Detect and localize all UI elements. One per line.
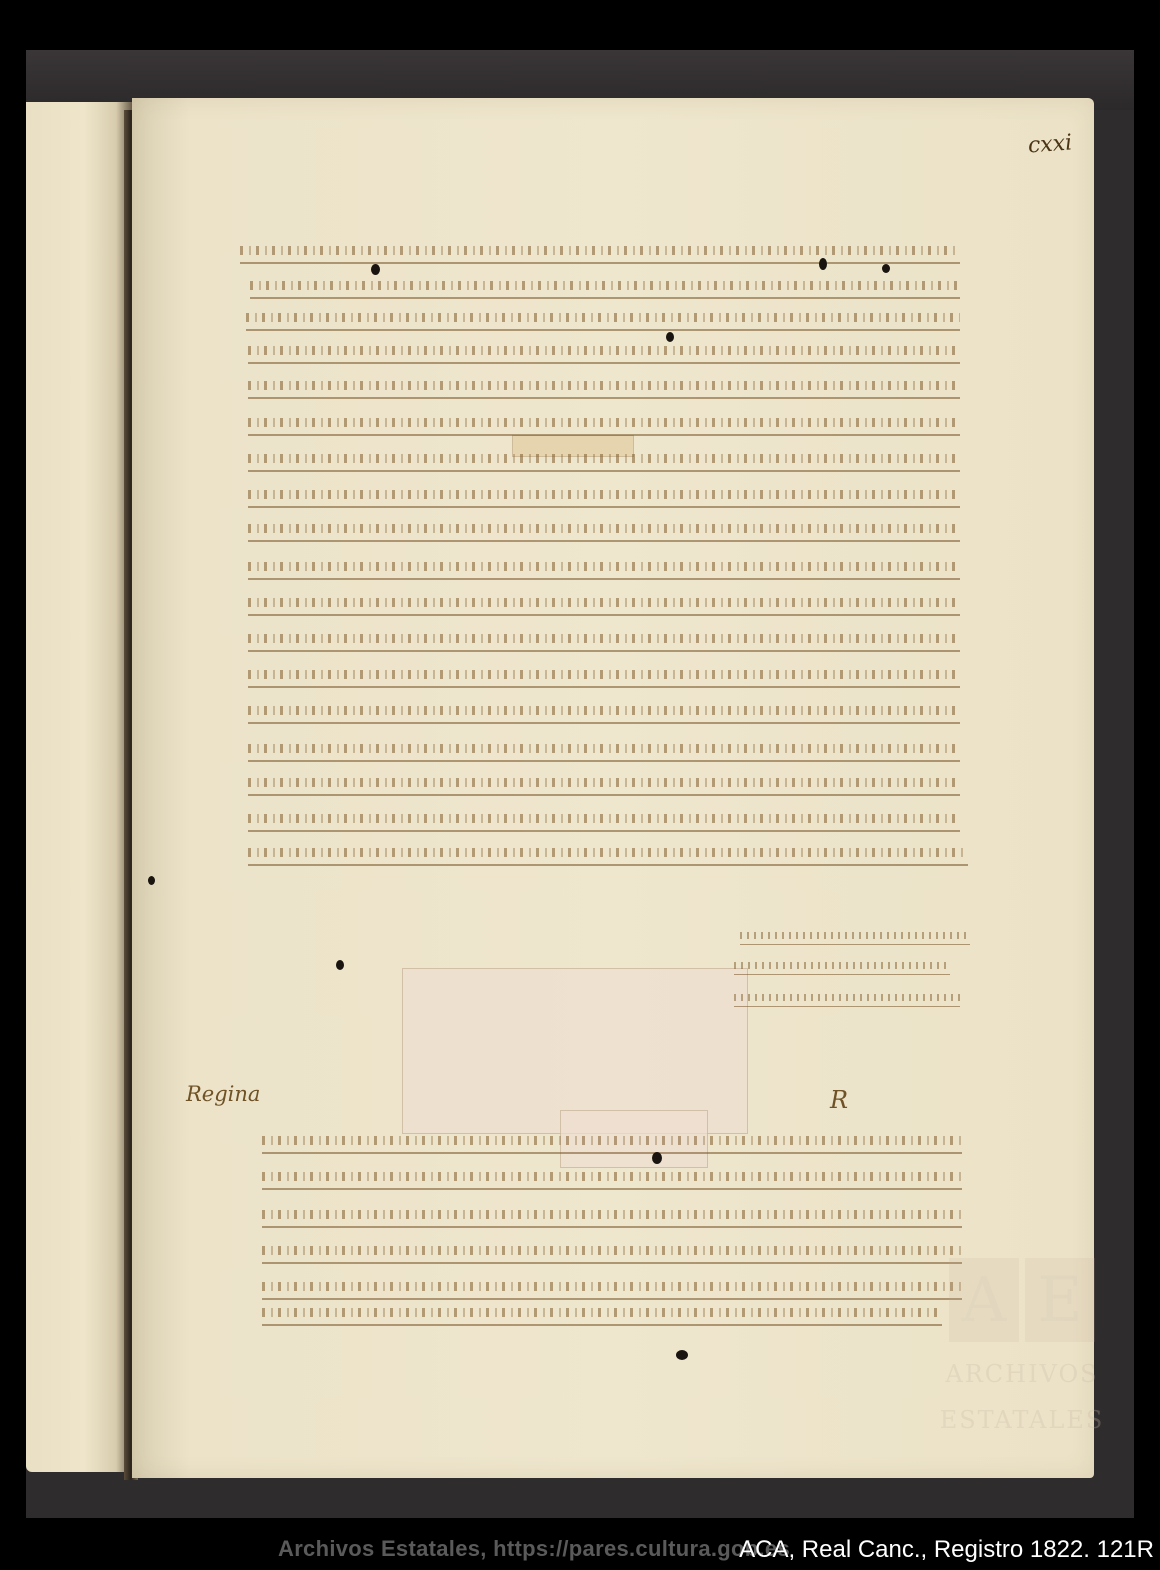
worm-hole	[371, 264, 380, 275]
handwritten-line	[248, 628, 960, 652]
handwritten-line	[248, 592, 960, 616]
handwritten-line	[262, 1204, 962, 1228]
watermark-text-line-2: ESTATALES	[934, 1406, 1110, 1434]
handwritten-line	[248, 738, 960, 762]
handwritten-line	[240, 240, 960, 264]
worm-hole	[652, 1152, 662, 1164]
handwritten-line	[248, 484, 960, 508]
worm-hole	[819, 258, 827, 270]
worm-hole	[882, 264, 890, 273]
handwritten-line	[248, 808, 960, 832]
handwritten-line	[248, 448, 960, 472]
facing-page-left	[26, 102, 132, 1472]
handwritten-line	[262, 1276, 962, 1300]
handwritten-line	[262, 1130, 962, 1154]
handwritten-line	[262, 1302, 942, 1326]
watermark-letter: E	[1025, 1258, 1095, 1342]
watermark-text-line-1: ARCHIVOS	[934, 1360, 1110, 1388]
handwritten-line	[740, 928, 970, 945]
handwritten-line	[248, 518, 960, 542]
watermark-letter: A	[949, 1258, 1019, 1342]
handwritten-line	[250, 275, 960, 299]
handwritten-line	[248, 700, 960, 724]
handwritten-line	[248, 556, 960, 580]
handwritten-line	[248, 412, 960, 436]
worm-hole	[666, 332, 674, 342]
signature-mark: R	[830, 1086, 848, 1114]
worm-hole	[676, 1350, 688, 1360]
handwritten-line	[248, 772, 960, 796]
handwritten-line	[262, 1240, 962, 1264]
handwritten-line	[248, 340, 960, 364]
handwritten-line	[248, 375, 960, 399]
handwritten-line	[262, 1166, 962, 1190]
handwritten-line	[248, 664, 960, 688]
worm-hole	[336, 960, 344, 970]
handwritten-line	[248, 842, 968, 866]
handwritten-line	[734, 990, 960, 1007]
heading-regina: Regina	[186, 1082, 260, 1106]
handwritten-line	[734, 958, 950, 975]
worm-hole	[148, 876, 155, 885]
archive-watermark: A E ARCHIVOS ESTATALES	[934, 1248, 1110, 1478]
folio-number: cxxi	[1027, 130, 1073, 158]
handwritten-line	[246, 307, 960, 331]
caption-reference: ACA, Real Canc., Registro 1822. 121R	[739, 1536, 1154, 1564]
caption-source: Archivos Estatales, https://pares.cultur…	[278, 1536, 790, 1562]
scanned-image: cxxi Regina R A E ARCHIVOS ESTATALES	[26, 50, 1134, 1518]
caption-bar: Archivos Estatales, https://pares.cultur…	[0, 1518, 1160, 1570]
